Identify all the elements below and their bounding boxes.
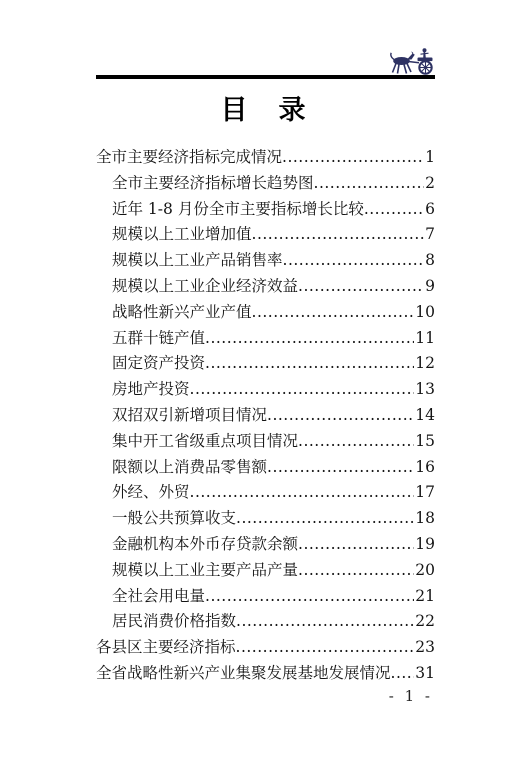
toc-dot-leader [190,480,415,506]
toc-entry: 一般公共预算收支 18 [96,506,435,532]
toc-dot-leader [267,403,414,429]
toc-entry-label: 集中开工省级重点项目情况 [112,429,298,455]
toc-entry: 各县区主要经济指标 23 [96,635,435,661]
toc-entry: 全省战略性新兴产业集聚发展基地发展情况 31 [96,661,435,687]
toc-entry-label: 房地产投资 [112,377,190,403]
toc-dot-leader [364,197,424,223]
toc-entry: 限额以上消费品零售额 16 [96,455,435,481]
toc-entry-page: 13 [414,377,435,403]
toc-dot-leader [298,558,414,584]
toc-dot-leader [205,326,414,352]
toc-entry: 规模以上工业产品销售率 8 [96,248,435,274]
toc-dot-leader [252,222,425,248]
toc-entry: 五群十链产值 11 [96,326,435,352]
toc-entry: 集中开工省级重点项目情况 15 [96,429,435,455]
toc-dot-leader [236,506,414,532]
toc-entry-page: 31 [414,661,435,687]
toc-entry-page: 2 [424,171,435,197]
toc-dot-leader [391,661,415,687]
toc-entry: 双招双引新增项目情况 14 [96,403,435,429]
toc-entry-label: 居民消费价格指数 [112,609,236,635]
horse-chariot-icon [389,47,437,76]
page-number: - 1 - [96,687,433,705]
toc-entry: 战略性新兴产业产值 10 [96,300,435,326]
toc-entry-page: 17 [414,480,435,506]
toc-entry: 全市主要经济指标完成情况 1 [96,145,435,171]
toc-entry: 居民消费价格指数 22 [96,609,435,635]
toc-entry: 房地产投资 13 [96,377,435,403]
toc-entry-label: 固定资产投资 [112,351,205,377]
toc-entry-label: 外经、外贸 [112,480,190,506]
toc-dot-leader [298,429,414,455]
toc-entry-page: 10 [414,300,435,326]
toc-dot-leader [283,248,425,274]
toc-entry-label: 全市主要经济指标完成情况 [96,145,282,171]
toc-entry: 固定资产投资 12 [96,351,435,377]
toc-entry-label: 规模以上工业增加值 [112,222,252,248]
toc-entry: 全市主要经济指标增长趋势图 2 [96,171,435,197]
toc-entry-label: 全省战略性新兴产业集聚发展基地发展情况 [96,661,391,687]
toc-entry-label: 规模以上工业产品销售率 [112,248,283,274]
toc-entry-page: 1 [424,145,435,171]
toc-entry-label: 全市主要经济指标增长趋势图 [112,171,314,197]
toc-entry-label: 规模以上工业主要产品产量 [112,558,298,584]
toc-entry-page: 15 [414,429,435,455]
toc-entry-page: 20 [414,558,435,584]
toc-dot-leader [267,455,414,481]
toc-entry: 外经、外贸 17 [96,480,435,506]
toc-entry: 近年 1-8 月份全市主要指标增长比较 6 [96,197,435,223]
toc-dot-leader [314,171,425,197]
toc-entry-page: 18 [414,506,435,532]
toc-dot-leader [236,609,414,635]
toc-entry-page: 12 [414,351,435,377]
toc-list: 全市主要经济指标完成情况 1 全市主要经济指标增长趋势图 2 近年 1-8 月份… [96,145,435,687]
toc-entry-page: 8 [424,248,435,274]
toc-dot-leader [205,351,414,377]
toc-entry: 规模以上工业增加值 7 [96,222,435,248]
toc-dot-leader [298,274,424,300]
toc-entry-page: 11 [414,326,435,352]
toc-entry-page: 7 [424,222,435,248]
toc-page: 目 录 全市主要经济指标完成情况 1 全市主要经济指标增长趋势图 2 近年 1-… [0,0,528,767]
toc-dot-leader [236,635,415,661]
toc-dot-leader [298,532,414,558]
toc-entry-page: 6 [424,197,435,223]
toc-entry-label: 近年 1-8 月份全市主要指标增长比较 [112,197,364,223]
toc-entry-label: 五群十链产值 [112,326,205,352]
toc-dot-leader [252,300,415,326]
toc-dot-leader [205,584,414,610]
toc-dot-leader [190,377,415,403]
toc-entry-label: 规模以上工业企业经济效益 [112,274,298,300]
toc-entry-label: 双招双引新增项目情况 [112,403,267,429]
toc-entry-label: 一般公共预算收支 [112,506,236,532]
toc-entry-label: 全社会用电量 [112,584,205,610]
toc-entry-label: 限额以上消费品零售额 [112,455,267,481]
toc-entry-page: 21 [414,584,435,610]
toc-entry: 金融机构本外币存贷款余额 19 [96,532,435,558]
toc-entry-label: 各县区主要经济指标 [96,635,236,661]
header-rule [96,75,435,79]
page-title: 目 录 [0,88,528,127]
toc-entry: 全社会用电量 21 [96,584,435,610]
toc-entry-page: 23 [414,635,435,661]
toc-entry-page: 22 [414,609,435,635]
toc-entry: 规模以上工业主要产品产量 20 [96,558,435,584]
toc-entry-label: 战略性新兴产业产值 [112,300,252,326]
toc-entry-page: 9 [424,274,435,300]
toc-entry: 规模以上工业企业经济效益 9 [96,274,435,300]
toc-entry-page: 16 [414,455,435,481]
toc-entry-label: 金融机构本外币存贷款余额 [112,532,298,558]
toc-dot-leader [282,145,424,171]
toc-entry-page: 19 [414,532,435,558]
toc-entry-page: 14 [414,403,435,429]
